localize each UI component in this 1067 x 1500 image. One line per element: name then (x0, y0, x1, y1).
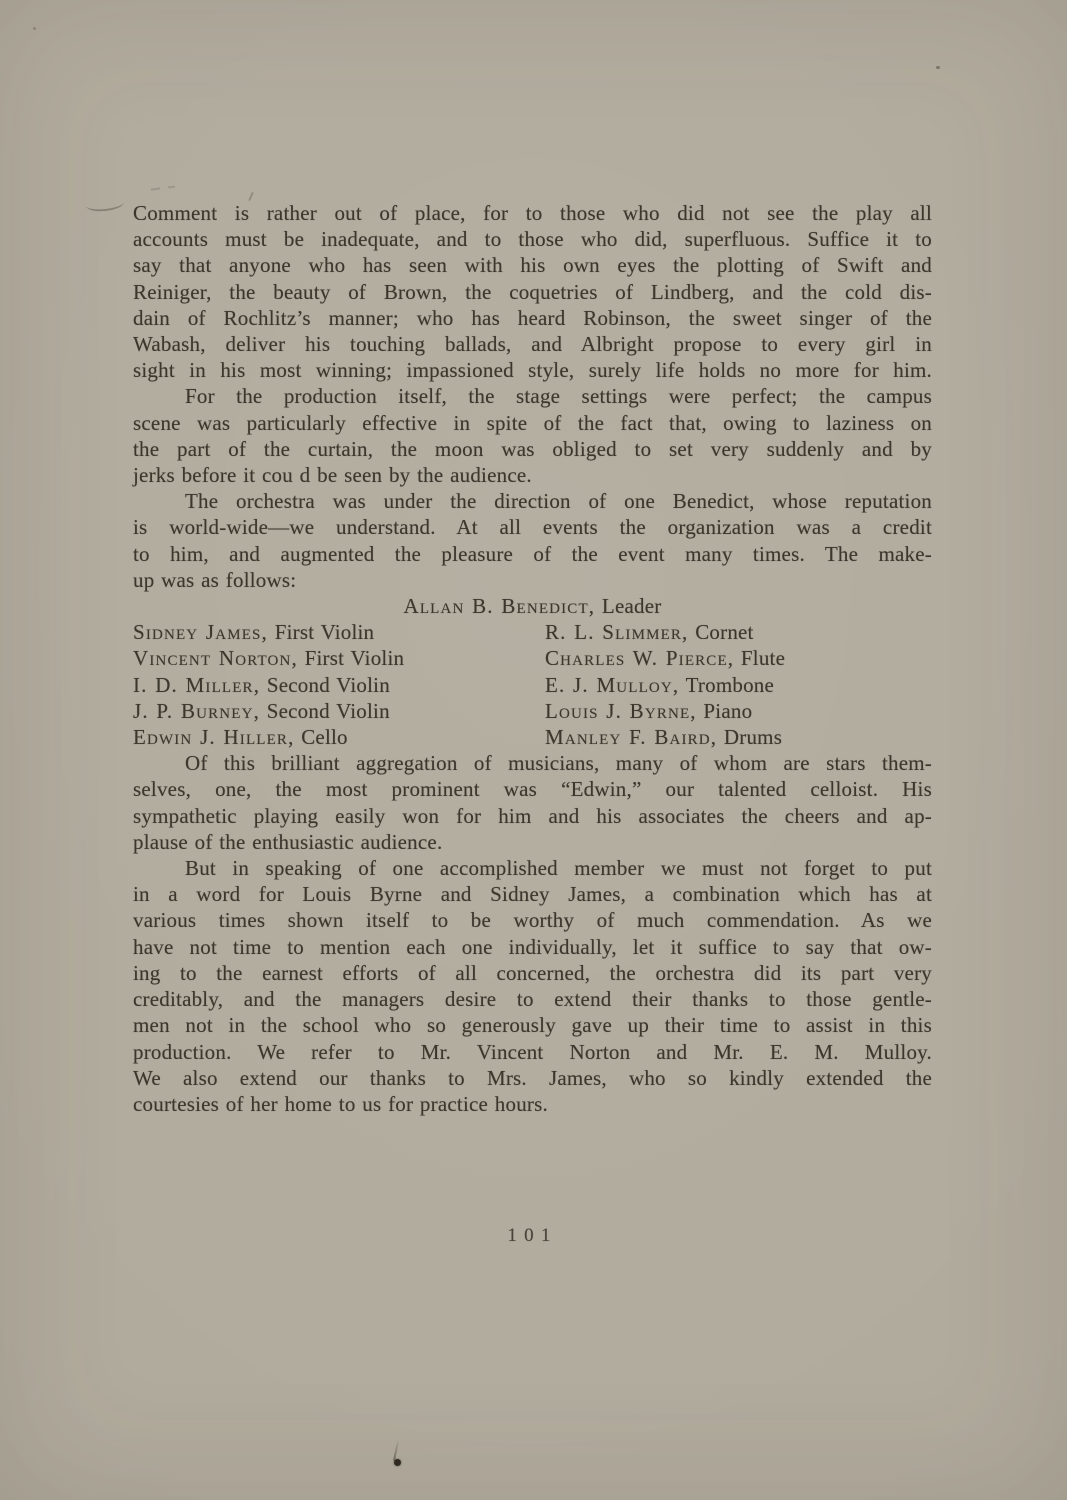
text-line: The orchestra was under the direction of… (133, 488, 932, 514)
text-line: the part of the curtain, the moon was ob… (133, 436, 932, 462)
text-line: creditably, and the managers desire to e… (133, 986, 932, 1012)
text-line: plause of the enthusiastic audience. (133, 829, 932, 855)
roster-entry: Manley F. Baird, Drums (545, 724, 932, 750)
text-line: For the production itself, the stage set… (133, 383, 932, 409)
pencil-dash (168, 186, 175, 188)
text-line: dain of Rochlitz’s manner; who has heard… (133, 305, 932, 331)
roster-entry-name: Sidney James, (133, 620, 268, 644)
pencil-mark (85, 195, 124, 213)
text-line: accounts must be inadequate, and to thos… (133, 226, 932, 252)
text-line: We also extend our thanks to Mrs. James,… (133, 1065, 932, 1091)
roster-entry-role: Drums (717, 725, 782, 749)
roster-entry-role: Flute (734, 646, 785, 670)
text-line: sight in his most winning; impassioned s… (133, 357, 932, 383)
roster-entry-role: Trombone (679, 673, 774, 697)
ink-speck (936, 66, 940, 69)
roster-entry-name: E. J. Mulloy, (545, 673, 679, 697)
roster-entry-name: Edwin J. Hiller, (133, 725, 294, 749)
roster-entry: I. D. Miller, Second Violin (133, 672, 545, 698)
pencil-dash (151, 187, 160, 190)
ink-speck-tail (393, 1441, 399, 1461)
paragraph-orchestra: The orchestra was under the direction of… (133, 488, 932, 593)
leader-name: Allan B. Benedict, (404, 594, 596, 618)
roster-entry: Louis J. Byrne, Piano (545, 698, 932, 724)
text-line: selves, one, the most prominent was “Edw… (133, 776, 932, 802)
roster-entry: Sidney James, First Violin (133, 619, 545, 645)
text-line: production. We refer to Mr. Vincent Nort… (133, 1039, 932, 1065)
roster-entry-name: R. L. Slimmer, (545, 620, 688, 644)
ink-speck (394, 1459, 401, 1466)
text-line: in a word for Louis Byrne and Sidney Jam… (133, 881, 932, 907)
roster-left-column: Sidney James, First ViolinVincent Norton… (133, 619, 545, 750)
text-line: to him, and augmented the pleasure of th… (133, 541, 932, 567)
roster-entry: Vincent Norton, First Violin (133, 645, 545, 671)
paragraph-aggregation: Of this brilliant aggregation of musicia… (133, 750, 932, 855)
text-line: say that anyone who has seen with his ow… (133, 252, 932, 278)
roster-entry-name: Manley F. Baird, (545, 725, 717, 749)
text-line: ing to the earnest efforts of all concer… (133, 960, 932, 986)
text-line: is world-wide—we understand. At all even… (133, 514, 932, 540)
roster-entry: R. L. Slimmer, Cornet (545, 619, 932, 645)
text-line: Reiniger, the beauty of Brown, the coque… (133, 279, 932, 305)
roster-entry-role: Cornet (688, 620, 753, 644)
text-line: courtesies of her home to us for practic… (133, 1091, 932, 1117)
text-line: up was as follows: (133, 567, 932, 593)
roster-entry-role: First Violin (298, 646, 404, 670)
roster-entry-name: Vincent Norton, (133, 646, 298, 670)
leader-role: Leader (602, 594, 662, 618)
text-line: sympathetic playing easily won for him a… (133, 803, 932, 829)
roster-right-column: R. L. Slimmer, CornetCharles W. Pierce, … (545, 619, 932, 750)
roster-entry-role: Second Violin (260, 699, 390, 723)
paragraph-comment: Comment is rather out of place, for to t… (133, 200, 932, 383)
roster-entry: Charles W. Pierce, Flute (545, 645, 932, 671)
page-number: 101 (133, 1225, 932, 1247)
roster-entry: Edwin J. Hiller, Cello (133, 724, 545, 750)
scanned-book-page: Comment is rather out of place, for to t… (0, 0, 1067, 1500)
text-line: various times shown itself to be worthy … (133, 907, 932, 933)
paragraph-production: For the production itself, the stage set… (133, 383, 932, 488)
roster-entry-role: Piano (697, 699, 753, 723)
roster-entry-name: Charles W. Pierce, (545, 646, 734, 670)
roster-entry-name: I. D. Miller, (133, 673, 260, 697)
roster-entry-role: First Violin (268, 620, 374, 644)
roster-entry: E. J. Mulloy, Trombone (545, 672, 932, 698)
text-line: Wabash, deliver his touching ballads, an… (133, 331, 932, 357)
roster-entry: J. P. Burney, Second Violin (133, 698, 545, 724)
text-line: But in speaking of one accomplished memb… (133, 855, 932, 881)
text-block: Comment is rather out of place, for to t… (133, 200, 932, 1117)
roster-leader-line: Allan B. Benedict, Leader (133, 593, 932, 619)
text-line: Of this brilliant aggregation of musicia… (133, 750, 932, 776)
text-line: Comment is rather out of place, for to t… (133, 200, 932, 226)
roster-entry-name: J. P. Burney, (133, 699, 260, 723)
roster-entry-role: Cello (294, 725, 347, 749)
text-line: jerks before it cou d be seen by the aud… (133, 462, 932, 488)
text-line: have not time to mention each one indivi… (133, 934, 932, 960)
paragraph-thanks: But in speaking of one accomplished memb… (133, 855, 932, 1117)
text-line: men not in the school who so generously … (133, 1012, 932, 1038)
roster-entry-role: Second Violin (260, 673, 390, 697)
roster-entry-name: Louis J. Byrne, (545, 699, 697, 723)
orchestra-roster: Sidney James, First ViolinVincent Norton… (133, 619, 932, 750)
text-line: scene was particularly effective in spit… (133, 410, 932, 436)
ink-speck (33, 27, 36, 30)
